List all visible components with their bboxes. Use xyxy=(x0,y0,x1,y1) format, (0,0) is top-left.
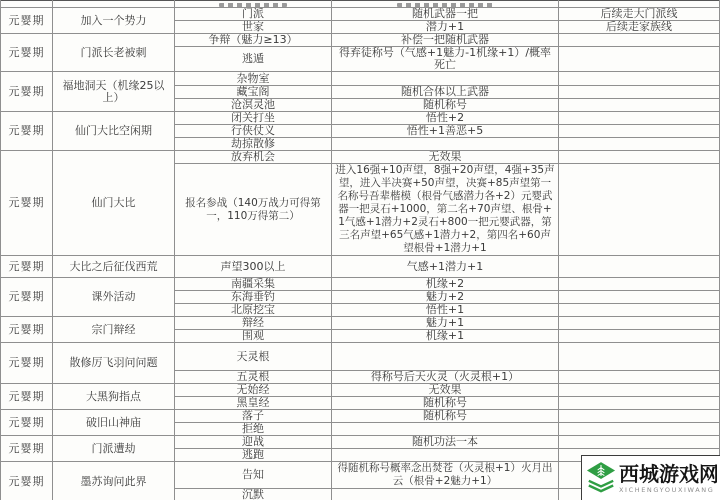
outcome-cell: 悟性+1 xyxy=(332,304,559,317)
outcome-cell: 随机称号 xyxy=(332,397,559,410)
stage-cell: 元婴期 xyxy=(1,436,53,462)
option-cell: 南疆采集 xyxy=(175,278,332,291)
outcome-cell: 无效果 xyxy=(332,151,559,164)
outcome-cell: 得称号后天火灵（火灵根+1） xyxy=(332,371,559,384)
option-cell: 辩经 xyxy=(175,317,332,330)
watermark-subtitle: XICHENGYOUXIWANG xyxy=(619,486,714,494)
option-cell: 黑皇经 xyxy=(175,397,332,410)
note-cell xyxy=(559,397,720,410)
outcome-cell xyxy=(332,423,559,436)
note-cell xyxy=(559,423,720,436)
event-cell xyxy=(53,1,175,8)
note-cell xyxy=(559,256,720,278)
outcome-cell: 魅力+2 xyxy=(332,291,559,304)
option-cell: 天灵根 xyxy=(175,343,332,371)
table-row: 元婴期门派长老被刺争辩（魅力≥13）补偿一把随机武器 xyxy=(1,34,720,47)
note-cell xyxy=(559,86,720,99)
option-cell: 门派 xyxy=(175,8,332,21)
note-cell xyxy=(559,125,720,138)
table-row: 元婴期宗门辩经辩经魅力+1 xyxy=(1,317,720,330)
event-cell: 仙门大比空闲期 xyxy=(53,112,175,151)
outcome-cell: 随机功法一本 xyxy=(332,436,559,449)
outcome-cell xyxy=(332,489,559,500)
outcome-cell: 悟性+1善恶+5 xyxy=(332,125,559,138)
outcome-cell: 补偿一把随机武器 xyxy=(332,34,559,47)
option-cell: 藏宝阁 xyxy=(175,86,332,99)
note-cell xyxy=(559,304,720,317)
note-cell xyxy=(559,317,720,330)
note-cell xyxy=(559,343,720,371)
note-cell xyxy=(559,1,720,8)
outcome-cell: 无效果 xyxy=(332,384,559,397)
note-cell xyxy=(559,164,720,256)
event-cell: 墨苏询问此界 xyxy=(53,462,175,500)
option-cell: 东海垂钓 xyxy=(175,291,332,304)
event-cell: 福地洞天（机缘25以上） xyxy=(53,72,175,112)
option-cell: 沉默 xyxy=(175,489,332,500)
note-cell xyxy=(559,371,720,384)
partial-row xyxy=(1,1,720,8)
stage-cell: 元婴期 xyxy=(1,256,53,278)
option-cell: 告知 xyxy=(175,462,332,489)
page-root: { "watermark": { "name": "西城游戏网", "subti… xyxy=(0,0,720,500)
note-cell xyxy=(559,330,720,343)
table-row: 元婴期破旧山神庙落子随机称号 xyxy=(1,410,720,423)
table-row: 元婴期仙门大比空闲期闭关打坐悟性+2 xyxy=(1,112,720,125)
note-cell xyxy=(559,410,720,423)
note-cell xyxy=(559,112,720,125)
event-cell: 破旧山神庙 xyxy=(53,410,175,436)
outcome-cell: 得弃徒称号（气感+1魅力-1机缘+1）/概率死亡 xyxy=(332,47,559,72)
note-cell xyxy=(559,47,720,72)
clipped-text-smudge xyxy=(397,3,493,7)
option-cell: 争辩（魅力≥13） xyxy=(175,34,332,47)
option-cell xyxy=(175,1,332,8)
event-cell: 门派遭劫 xyxy=(53,436,175,462)
clipped-text-smudge xyxy=(219,3,287,7)
outcome-cell: 随机武器一把 xyxy=(332,8,559,21)
table-row: 元婴期仙门大比放弃机会无效果 xyxy=(1,151,720,164)
stage-cell: 元婴期 xyxy=(1,112,53,151)
outcome-cell: 进入16强+10声望，8强+20声望，4强+35声望，进入半决赛+50声望，决赛… xyxy=(332,164,559,256)
note-cell xyxy=(559,138,720,151)
outcome-cell xyxy=(332,1,559,8)
option-cell: 北原挖宝 xyxy=(175,304,332,317)
stage-cell: 元婴期 xyxy=(1,8,53,34)
outcome-cell: 随机称号 xyxy=(332,410,559,423)
event-cell: 门派长老被刺 xyxy=(53,34,175,72)
event-cell: 加入一个势力 xyxy=(53,8,175,34)
note-cell: 后续走大门派线 xyxy=(559,8,720,21)
watermark-title: 西城游戏网 xyxy=(619,463,717,485)
option-cell: 五灵根 xyxy=(175,371,332,384)
option-cell: 劫掠散修 xyxy=(175,138,332,151)
events-table: 元婴期加入一个势力门派随机武器一把后续走大门派线世家潜力+1后续走家族线元婴期门… xyxy=(0,0,720,500)
note-cell xyxy=(559,72,720,86)
event-cell: 课外活动 xyxy=(53,278,175,317)
option-cell: 落子 xyxy=(175,410,332,423)
option-cell: 放弃机会 xyxy=(175,151,332,164)
event-cell: 仙门大比 xyxy=(53,151,175,256)
watermark-logo-icon xyxy=(586,461,616,495)
stage-cell: 元婴期 xyxy=(1,72,53,112)
outcome-cell: 潜力+1 xyxy=(332,21,559,34)
stage-cell: 元婴期 xyxy=(1,384,53,410)
event-cell: 散修厉飞羽问问题 xyxy=(53,343,175,384)
option-cell: 闭关打坐 xyxy=(175,112,332,125)
note-cell xyxy=(559,151,720,164)
stage-cell: 元婴期 xyxy=(1,34,53,72)
option-cell: 杂物室 xyxy=(175,72,332,86)
outcome-cell: 机缘+2 xyxy=(332,278,559,291)
watermark: 西城游戏网 XICHENGYOUXIWANG xyxy=(581,455,720,500)
event-cell: 大比之后征伐西荒 xyxy=(53,256,175,278)
table-row: 元婴期大黑狗指点无始经无效果 xyxy=(1,384,720,397)
option-cell: 行侠仗义 xyxy=(175,125,332,138)
outcome-cell: 机缘+1 xyxy=(332,330,559,343)
table-row: 元婴期福地洞天（机缘25以上）杂物室 xyxy=(1,72,720,86)
note-cell xyxy=(559,278,720,291)
table-row: 元婴期散修厉飞羽问问题天灵根 xyxy=(1,343,720,371)
note-cell xyxy=(559,384,720,397)
stage-cell: 元婴期 xyxy=(1,462,53,500)
option-cell: 沧溟灵池 xyxy=(175,99,332,112)
option-cell: 逃遁 xyxy=(175,47,332,72)
note-cell xyxy=(559,99,720,112)
option-cell: 无始经 xyxy=(175,384,332,397)
table-row: 元婴期课外活动南疆采集机缘+2 xyxy=(1,278,720,291)
outcome-cell: 魅力+1 xyxy=(332,317,559,330)
table-row: 元婴期大比之后征伐西荒声望300以上气感+1潜力+1 xyxy=(1,256,720,278)
stage-cell: 元婴期 xyxy=(1,278,53,317)
option-cell: 拒绝 xyxy=(175,423,332,436)
stage-cell: 元婴期 xyxy=(1,317,53,343)
option-cell: 世家 xyxy=(175,21,332,34)
outcome-cell xyxy=(332,343,559,371)
note-cell xyxy=(559,34,720,47)
table-row: 元婴期门派遭劫迎战随机功法一本 xyxy=(1,436,720,449)
stage-cell: 元婴期 xyxy=(1,410,53,436)
note-cell xyxy=(559,436,720,449)
outcome-cell xyxy=(332,449,559,462)
outcome-cell: 悟性+2 xyxy=(332,112,559,125)
outcome-cell: 气感+1潜力+1 xyxy=(332,256,559,278)
option-cell: 报名参战（140万战力可得第一，110万得第二） xyxy=(175,164,332,256)
table-row: 元婴期加入一个势力门派随机武器一把后续走大门派线 xyxy=(1,8,720,21)
note-cell: 后续走家族线 xyxy=(559,21,720,34)
outcome-cell xyxy=(332,72,559,86)
option-cell: 围观 xyxy=(175,330,332,343)
outcome-cell: 随机合体以上武器 xyxy=(332,86,559,99)
option-cell: 逃跑 xyxy=(175,449,332,462)
stage-cell: 元婴期 xyxy=(1,151,53,256)
event-cell: 宗门辩经 xyxy=(53,317,175,343)
event-cell: 大黑狗指点 xyxy=(53,384,175,410)
option-cell: 迎战 xyxy=(175,436,332,449)
stage-cell xyxy=(1,1,53,8)
stage-cell: 元婴期 xyxy=(1,343,53,384)
option-cell: 声望300以上 xyxy=(175,256,332,278)
outcome-cell: 得随机称号概率念出焚苍（火灵根+1）火月出云（根骨+2魅力+1） xyxy=(332,462,559,489)
outcome-cell: 随机称号 xyxy=(332,99,559,112)
note-cell xyxy=(559,291,720,304)
outcome-cell xyxy=(332,138,559,151)
